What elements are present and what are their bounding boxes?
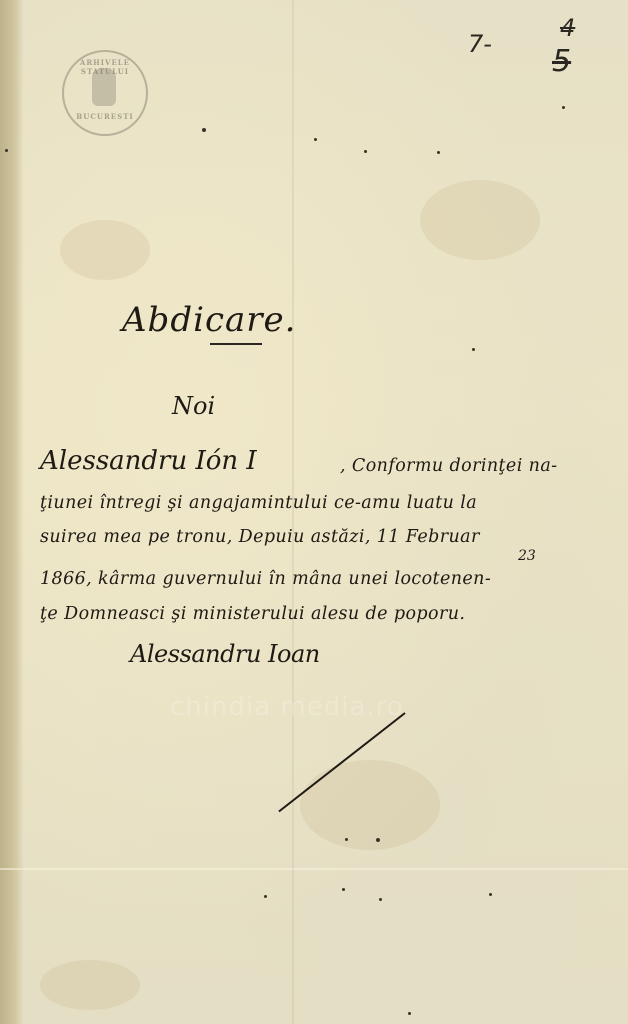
document-page: ARHIVELE STATULUI BUCURESTI 7- 4 5 Abdic… <box>0 0 628 1024</box>
title-underline <box>210 343 262 345</box>
ink-speck <box>364 150 367 153</box>
document-title: Abdicare. <box>122 300 296 340</box>
body-line-1: , Conformu dorinţei na- <box>340 456 557 476</box>
body-line-3: suirea mea pe tronu, Depuiu astăzi, 11 F… <box>40 527 480 547</box>
paper-fold-horizontal <box>0 868 628 870</box>
date-correction: 23 <box>518 548 536 564</box>
ink-speck <box>489 893 492 896</box>
paper-stain <box>300 760 440 850</box>
archival-page-number: 7- <box>468 30 492 58</box>
body-line-4: 1866, kârma guvernului în mâna unei loco… <box>40 569 491 589</box>
ink-speck <box>342 888 345 891</box>
body-line-2: ţiunei întregi şi angajamintului ce-amu … <box>40 493 477 513</box>
archival-folio-corrected: 5 <box>552 44 571 79</box>
body-line-name: Alessandru Ión I <box>40 446 257 476</box>
crest-icon <box>92 68 116 106</box>
paper-stain <box>420 180 540 260</box>
paper-edge-shadow <box>0 0 24 1024</box>
watermark: chindia media.ro <box>170 692 404 722</box>
stamp-text-bottom: BUCURESTI <box>70 112 140 121</box>
ink-speck <box>314 138 317 141</box>
ink-speck <box>345 838 348 841</box>
paper-stain <box>40 960 140 1010</box>
body-line-5: ţe Domneasci şi ministerului alesu de po… <box>40 604 465 624</box>
ink-speck <box>379 898 382 901</box>
ink-speck <box>437 151 440 154</box>
signature: Alessandru Ioan <box>130 640 320 668</box>
salutation: Noi <box>172 392 215 420</box>
ink-speck <box>264 895 267 898</box>
archival-folio-struck: 4 <box>560 14 575 42</box>
ink-speck <box>5 149 8 152</box>
ink-speck <box>562 106 565 109</box>
ink-speck <box>472 348 475 351</box>
ink-speck <box>202 128 206 132</box>
archive-stamp: ARHIVELE STATULUI BUCURESTI <box>62 50 148 136</box>
paper-stain <box>60 220 150 280</box>
ink-speck <box>408 1012 411 1015</box>
ink-speck <box>376 838 380 842</box>
